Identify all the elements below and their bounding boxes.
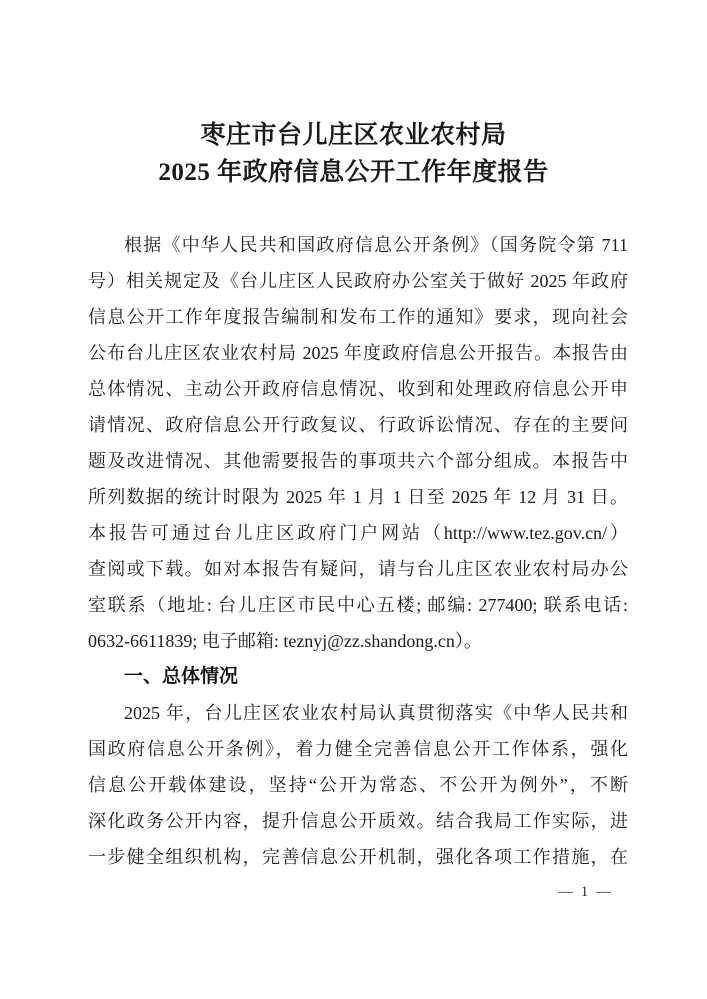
page-number: — 1 — (558, 883, 613, 901)
body-line: 2025 年，台儿庄区农业农村局认真贯彻落实《中华人民共和 (88, 695, 628, 731)
body-line: 号）相关规定及《台儿庄区人民政府办公室关于做好 2025 年政府 (88, 263, 628, 299)
body-line: 信息公开工作年度报告编制和发布工作的通知》要求，现向社会 (88, 299, 628, 335)
body-line: 深化政务公开内容，提升信息公开质效。结合我局工作实际，进 (88, 803, 628, 839)
body-line: 室联系（地址: 台儿庄区市民中心五楼; 邮编: 277400; 联系电话: (88, 587, 628, 623)
body-line: 所列数据的统计时限为 2025 年 1 月 1 日至 2025 年 12 月 3… (88, 479, 628, 515)
report-title: 枣庄市台儿庄区农业农村局 2025 年政府信息公开工作年度报告 (0, 117, 707, 191)
body-line: 一步健全组织机构，完善信息公开机制，强化各项工作措施，在 (88, 839, 628, 875)
body-line: 本报告可通过台儿庄区政府门户网站（http://www.tez.gov.cn/） (88, 515, 628, 551)
document-page: 枣庄市台儿庄区农业农村局 2025 年政府信息公开工作年度报告 根据《中华人民共… (0, 0, 707, 999)
body-line: 公布台儿庄区农业农村局 2025 年度政府信息公开报告。本报告由 (88, 335, 628, 371)
body-line: 查阅或下载。如对本报告有疑问，请与台儿庄区农业农村局办公 (88, 551, 628, 587)
body-line: 总体情况、主动公开政府信息情况、收到和处理政府信息公开申 (88, 371, 628, 407)
body-line: 信息公开载体建设，坚持“公开为常态、不公开为例外”，不断 (88, 767, 628, 803)
body-line: 国政府信息公开条例》，着力健全完善信息公开工作体系，强化 (88, 731, 628, 767)
report-title-line-1: 枣庄市台儿庄区农业农村局 (0, 117, 707, 154)
section-heading-overview: 一、总体情况 (88, 659, 628, 695)
body-line: 题及改进情况、其他需要报告的事项共六个部分组成。本报告中 (88, 443, 628, 479)
body-line: 0632-6611839; 电子邮箱: teznyj@zz.shandong.c… (88, 623, 628, 659)
body-line: 根据《中华人民共和国政府信息公开条例》（国务院令第 711 (88, 227, 628, 263)
report-body: 根据《中华人民共和国政府信息公开条例》（国务院令第 711 号）相关规定及《台儿… (88, 227, 628, 875)
report-title-line-2: 2025 年政府信息公开工作年度报告 (0, 154, 707, 191)
body-line: 请情况、政府信息公开行政复议、行政诉讼情况、存在的主要问 (88, 407, 628, 443)
